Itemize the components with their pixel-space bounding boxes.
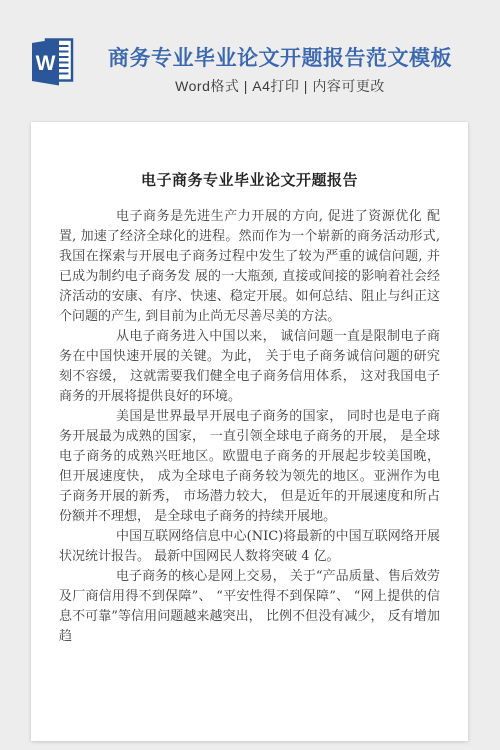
page-subtitle: Word格式 | A4打印 | 内容可更改 [90, 76, 470, 96]
document-paragraph: 从电子商务进入中国以来， 诚信问题一直是限制电子商务在中国快速开展的关键。为此，… [59, 327, 440, 407]
document-paragraph: 美国是世界最早开展电子商务的国家， 同时也是电子商务开展最为成熟的国家， 一直引… [59, 407, 440, 527]
document-paragraph: 电子商务的核心是网上交易， 关于“产品质量、售后效劳及厂商信用得不到保障”、 “… [59, 567, 440, 647]
document-title: 电子商务专业毕业论文开题报告 [59, 169, 440, 190]
document-page: 电子商务专业毕业论文开题报告 电子商务是先进生产力开展的方向, 促进了资源优化 … [31, 122, 468, 741]
template-preview-canvas: W 商务专业毕业论文开题报告范文模板 Word格式 | A4打印 | 内容可更改… [0, 0, 500, 750]
document-body: 电子商务是先进生产力开展的方向, 促进了资源优化 配置, 加速了经济全球化的进程… [59, 207, 440, 647]
document-paragraph: 电子商务是先进生产力开展的方向, 促进了资源优化 配置, 加速了经济全球化的进程… [59, 207, 440, 327]
word-icon-letter: W [36, 52, 56, 75]
word-logo-icon: W [29, 37, 75, 87]
page-title: 商务专业毕业论文开题报告范文模板 [90, 42, 470, 72]
document-paragraph: 中国互联网络信息中心(NIC)将最新的中国互联网络开展状况统计报告。 最新中国网… [59, 527, 440, 567]
word-logo-svg: W [29, 37, 75, 87]
